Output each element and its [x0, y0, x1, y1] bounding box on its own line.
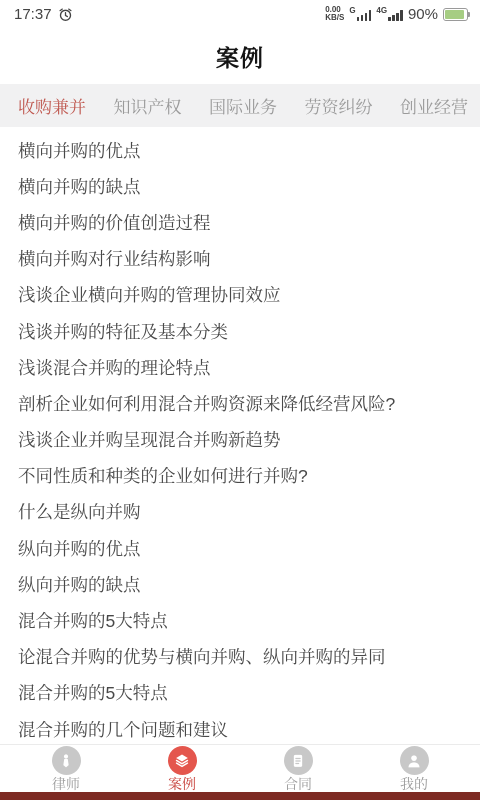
bottom-nav: 律师 案例 合同 — [0, 744, 480, 792]
list-item[interactable]: 横向并购的价值创造过程 — [0, 204, 480, 240]
status-bar: 17:37 0.00 KB/S G 4G 90% — [0, 0, 480, 28]
article-list: 横向并购的优点 横向并购的缺点 横向并购的价值创造过程 横向并购对行业结构影响 … — [0, 127, 480, 744]
list-item[interactable]: 浅谈并购的特征及基本分类 — [0, 313, 480, 349]
profile-icon — [400, 746, 429, 775]
list-item[interactable]: 浅谈混合并购的理论特点 — [0, 349, 480, 385]
layers-icon — [168, 746, 197, 775]
list-item[interactable]: 不同性质和种类的企业如何进行并购? — [0, 458, 480, 494]
list-item[interactable]: 混合并购的几个问题和建议 — [0, 711, 480, 744]
bottom-strip — [0, 792, 480, 800]
status-right: 0.00 KB/S G 4G 90% — [325, 6, 470, 23]
signal-strength-icon-sim2: 4G — [376, 7, 403, 21]
list-item[interactable]: 论混合并购的优势与横向并购、纵向并购的异同 — [0, 639, 480, 675]
category-tab-bar: 收购兼并 知识产权 国际业务 劳资纠纷 创业经营 — [0, 84, 480, 127]
app-screen: 17:37 0.00 KB/S G 4G 90% — [0, 0, 480, 800]
clock-time: 17:37 — [14, 6, 52, 23]
nav-item-profile[interactable]: 我的 — [379, 746, 449, 791]
contract-icon — [284, 746, 313, 775]
list-item[interactable]: 什么是纵向并购 — [0, 494, 480, 530]
net-speed-unit: KB/S — [325, 14, 344, 22]
nav-label: 我的 — [400, 777, 428, 791]
nav-item-contract[interactable]: 合同 — [263, 746, 333, 791]
list-item[interactable]: 横向并购的优点 — [0, 132, 480, 168]
tab-merger-acquisition[interactable]: 收购兼并 — [18, 93, 86, 118]
nav-item-cases[interactable]: 案例 — [147, 746, 217, 791]
nav-label: 合同 — [284, 777, 312, 791]
signal-strength-icon-sim1: G — [349, 7, 371, 21]
alarm-icon — [58, 7, 73, 22]
list-item[interactable]: 横向并购对行业结构影响 — [0, 241, 480, 277]
tab-international-business[interactable]: 国际业务 — [209, 93, 277, 118]
nav-item-lawyer[interactable]: 律师 — [31, 746, 101, 791]
list-item[interactable]: 混合并购的5大特点 — [0, 602, 480, 638]
list-item[interactable]: 纵向并购的优点 — [0, 530, 480, 566]
header: 案例 — [0, 28, 480, 84]
tab-startup-operation[interactable]: 创业经营 — [400, 93, 468, 118]
battery-percent: 90% — [408, 6, 438, 23]
list-item[interactable]: 浅谈企业横向并购的管理协同效应 — [0, 277, 480, 313]
list-item[interactable]: 横向并购的缺点 — [0, 168, 480, 204]
status-left: 17:37 — [14, 6, 73, 23]
list-item[interactable]: 剖析企业如何利用混合并购资源来降低经营风险? — [0, 385, 480, 421]
list-item[interactable]: 混合并购的5大特点 — [0, 675, 480, 711]
nav-label: 律师 — [52, 777, 80, 791]
nav-label: 案例 — [168, 777, 196, 791]
list-item[interactable]: 浅谈企业并购呈现混合并购新趋势 — [0, 422, 480, 458]
tie-icon — [52, 746, 81, 775]
network-speed-indicator: 0.00 KB/S — [325, 6, 344, 22]
list-item[interactable]: 纵向并购的缺点 — [0, 566, 480, 602]
tab-labor-dispute[interactable]: 劳资纠纷 — [305, 93, 373, 118]
battery-icon — [443, 8, 470, 21]
tab-intellectual-property[interactable]: 知识产权 — [114, 93, 182, 118]
page-title: 案例 — [216, 40, 264, 73]
